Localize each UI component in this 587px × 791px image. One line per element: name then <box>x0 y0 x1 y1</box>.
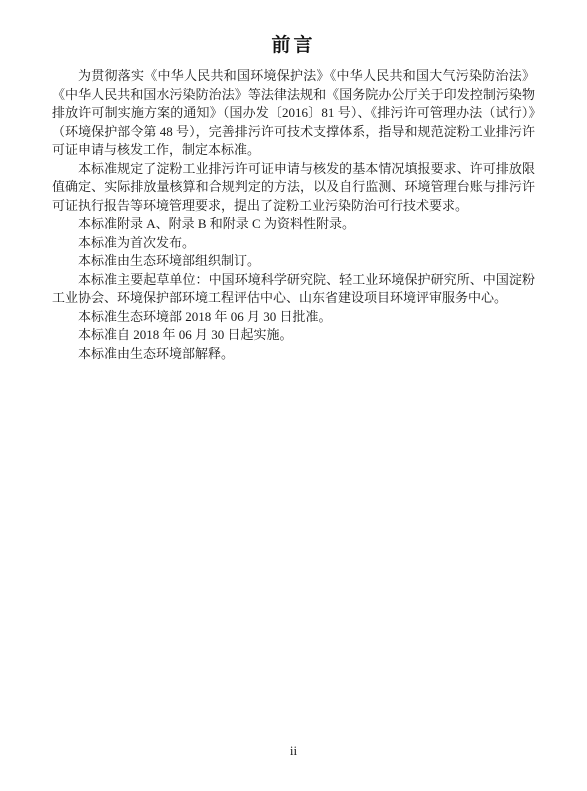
page-number: ii <box>0 743 587 758</box>
paragraph: 本标准由生态环境部解释。 <box>52 345 535 364</box>
paragraph: 本标准生态环境部 2018 年 06 月 30 日批准。 <box>52 308 535 327</box>
paragraph: 本标准自 2018 年 06 月 30 日起实施。 <box>52 326 535 345</box>
paragraph: 本标准由生态环境部组织制订。 <box>52 252 535 271</box>
paragraph: 本标准规定了淀粉工业排污许可证申请与核发的基本情况填报要求、许可排放限值确定、实… <box>52 160 535 216</box>
document-page: 前言 为贯彻落实《中华人民共和国环境保护法》《中华人民共和国大气污染防治法》《中… <box>0 0 587 791</box>
page-title: 前言 <box>52 35 535 57</box>
page-content: 前言 为贯彻落实《中华人民共和国环境保护法》《中华人民共和国大气污染防治法》《中… <box>52 35 535 363</box>
paragraph: 本标准为首次发布。 <box>52 234 535 253</box>
paragraph: 为贯彻落实《中华人民共和国环境保护法》《中华人民共和国大气污染防治法》《中华人民… <box>52 67 535 160</box>
paragraph: 本标准主要起草单位：中国环境科学研究院、轻工业环境保护研究所、中国淀粉工业协会、… <box>52 271 535 308</box>
paragraph: 本标准附录 A、附录 B 和附录 C 为资料性附录。 <box>52 215 535 234</box>
